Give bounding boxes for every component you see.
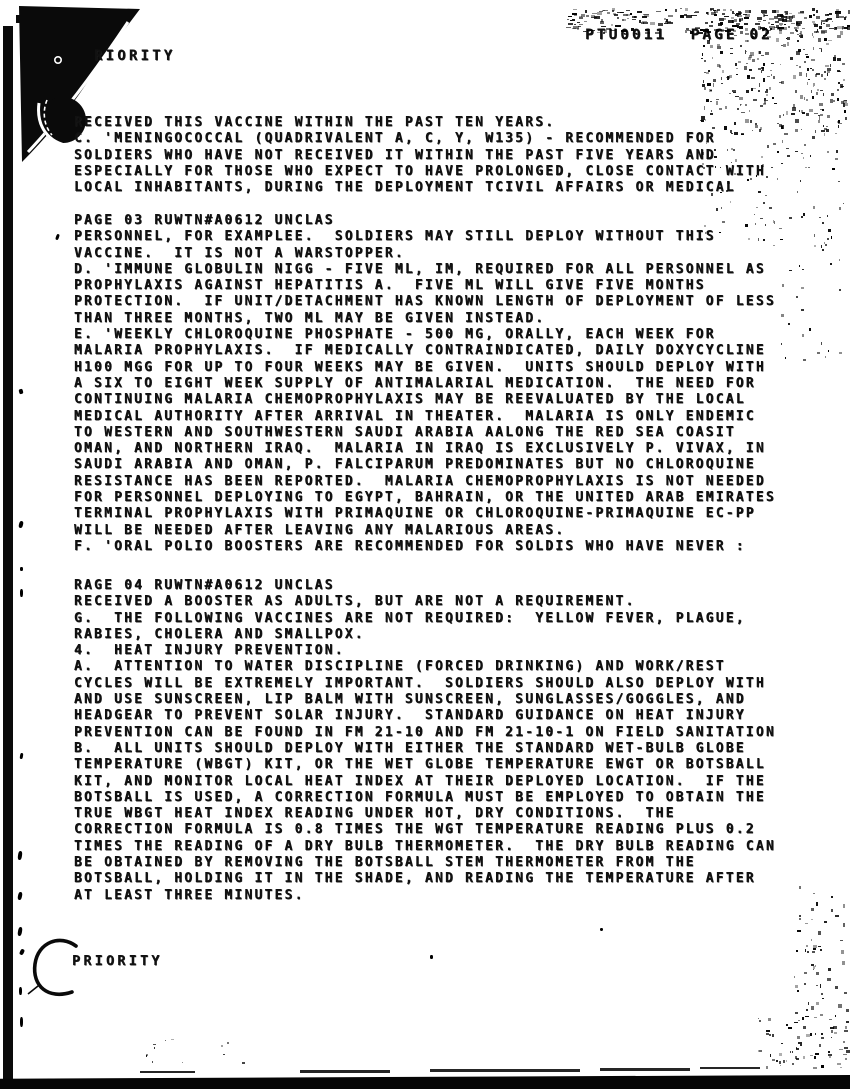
priority-stamp-bottom: PRIORITY [72, 953, 163, 969]
page-04-text: RAGE 04 RUWTN#A0612 UNCLAS RECEIVED A BO… [74, 578, 776, 904]
priority-stamp-top: RIORITY [94, 48, 175, 64]
page-02-text: RECEIVED THIS VACCINE WITHIN THE PAST TE… [74, 115, 766, 196]
page-03-text: PAGE 03 RUWTN#A0612 UNCLAS PERSONNEL, FO… [74, 213, 776, 555]
message-header: PTU0011 PAGE 02 [585, 27, 773, 43]
scanned-document-page: PTU0011 PAGE 02 RIORITY PRIORITY RECEIVE… [0, 0, 850, 1089]
bottom-scan-edge [0, 1075, 850, 1089]
